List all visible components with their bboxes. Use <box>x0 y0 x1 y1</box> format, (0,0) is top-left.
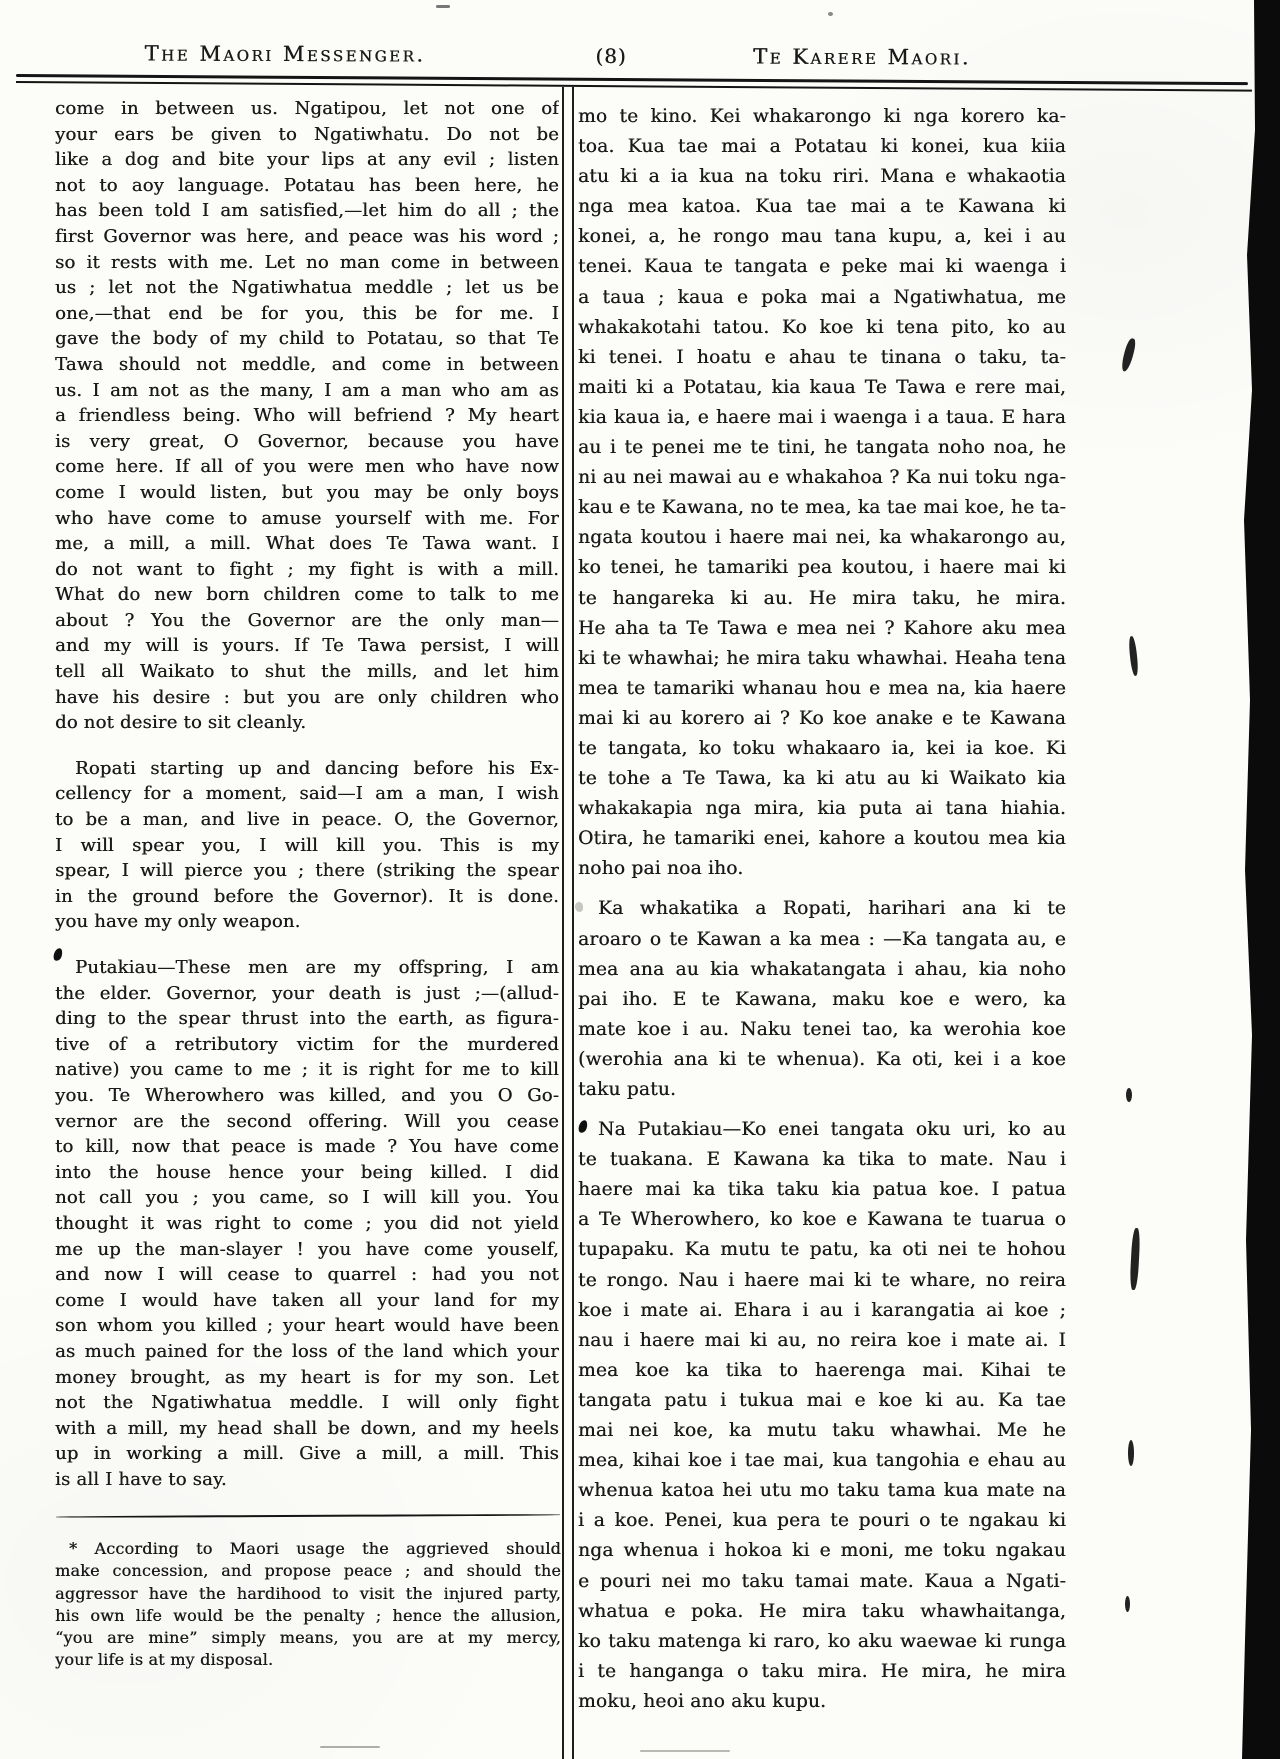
text-line: atu ki a ia kua na toku riri. Mana e wha… <box>578 162 1066 192</box>
text-line: nga mea katoa. Kua tae mai a te Kawana k… <box>578 192 1066 222</box>
text-line: Tawa should not meddle, and come in betw… <box>55 352 559 378</box>
text-line: mo te kino. Kei whakarongo ki nga korero… <box>578 102 1066 132</box>
text-line: and now I will cease to quarrel : had yo… <box>55 1262 559 1288</box>
text-line: whakakotahi tatou. Ko koe ki tena pito, … <box>578 313 1066 343</box>
column-divider-rule <box>562 87 574 1759</box>
page-number: (8) <box>576 44 646 68</box>
footnote: * According to Maori usage the aggrieved… <box>55 1538 561 1672</box>
text-line: toa. Kua tae mai a Potatau ki konei, kua… <box>578 132 1066 162</box>
text-line: come I would listen, but you may be only… <box>55 480 559 506</box>
text-line: tenei. Kaua te tangata e peke mai ki wae… <box>578 252 1066 282</box>
text-line: te tangata, ko toku whakaaro ia, kei ia … <box>578 734 1066 764</box>
text-line: gave the body of my child to Potatau, so… <box>55 326 559 352</box>
text-line: koe i mate ai. Ehara i au i karangatia a… <box>578 1296 1066 1326</box>
text-line: te tuakana. E Kawana ka tika to mate. Na… <box>578 1145 1066 1175</box>
text-line: your life is at my disposal. <box>55 1649 561 1671</box>
text-line: taku patu. <box>578 1075 1066 1105</box>
text-line: tive of a retributory victim for the mur… <box>55 1032 559 1058</box>
text-line: What do new born children come to talk t… <box>55 582 559 608</box>
text-line: first Governor was here, and peace was h… <box>55 224 559 250</box>
left-masthead-title: The Maori Messenger. <box>118 41 452 66</box>
text-line: aggressor have the hardihood to visit th… <box>55 1583 561 1605</box>
text-line: his own life would be the penalty ; henc… <box>55 1605 561 1627</box>
paragraph: Ropati starting up and dancing before hi… <box>55 756 559 935</box>
paragraph: Na Putakiau—Ko enei tangata oku uri, ko … <box>578 1115 1066 1717</box>
text-line: money brought, as my heart is for my son… <box>55 1365 559 1391</box>
ink-smudge <box>1126 1088 1132 1102</box>
ink-smudge <box>436 5 450 8</box>
ink-smudge <box>1128 636 1139 677</box>
text-line: whenua katoa hei utu mo taku tama kua ma… <box>578 1476 1066 1506</box>
text-line: Na Putakiau—Ko enei tangata oku uri, ko … <box>578 1115 1066 1145</box>
text-line: ding to the spear thrust into the earth,… <box>55 1006 559 1032</box>
paragraph: Putakiau—These men are my offspring, I a… <box>55 955 559 1492</box>
text-line: Ka whakatika a Ropati, harihari ana ki t… <box>578 894 1066 924</box>
text-line: ki tenei. I hoatu e ahau te tinana o tak… <box>578 343 1066 373</box>
ink-smudge <box>1129 1228 1140 1290</box>
text-line: to be a man, and live in peace. O, the G… <box>55 807 559 833</box>
ink-smudge <box>640 1750 730 1752</box>
text-line: one,—that end be for you, this be for me… <box>55 301 559 327</box>
text-line: haere mai ka tika taku kia patua koe. I … <box>578 1175 1066 1205</box>
text-line: aroaro o te Kawan a ka mea : —Ka tangata… <box>578 925 1066 955</box>
text-line: and my will is yours. If Te Tawa persist… <box>55 633 559 659</box>
text-line: ko tenei, he tamariki pea koutou, i haer… <box>578 553 1066 583</box>
text-line: up in working a mill. Give a mill, a mil… <box>55 1441 559 1467</box>
text-line: me up the man-slayer ! you have come you… <box>55 1237 559 1263</box>
text-line: He aha ta Te Tawa e mea nei ? Kahore aku… <box>578 614 1066 644</box>
text-line: ki te whawhai; he mira taku whawhai. Hea… <box>578 644 1066 674</box>
text-line: mea ana au kia whakatangata i ahau, kia … <box>578 955 1066 985</box>
text-line: so it rests with me. Let no man come in … <box>55 250 559 276</box>
text-line: native) you came to me ; it is right for… <box>55 1057 559 1083</box>
text-line: maiti ki a Potatau, kia kaua Te Tawa e r… <box>578 373 1066 403</box>
ink-smudge <box>1125 1596 1130 1612</box>
text-line: like a dog and bite your lips at any evi… <box>55 147 559 173</box>
text-line: as much pained for the loss of the land … <box>55 1339 559 1365</box>
text-line: spear, I will pierce you ; there (striki… <box>55 858 559 884</box>
text-line: you. Te Wherowhero was killed, and you O… <box>55 1083 559 1109</box>
footnote-rule <box>56 1514 560 1518</box>
paragraph: come in between us. Ngatipou, let not on… <box>55 96 559 736</box>
faint-mark-icon <box>575 902 583 912</box>
text-line: Putakiau—These men are my offspring, I a… <box>55 955 559 981</box>
text-line: i a koe. Penei, kua pera te pouri o te n… <box>578 1506 1066 1536</box>
text-line: konei, a, he rongo mau tana kupu, a, kei… <box>578 222 1066 252</box>
text-line: make concession, and propose peace ; and… <box>55 1560 561 1582</box>
text-line: is all I have to say. <box>55 1467 559 1493</box>
text-line: mate koe i au. Naku tenei tao, ka werohi… <box>578 1015 1066 1045</box>
text-line: who have come to amuse yourself with me.… <box>55 506 559 532</box>
text-line: in the ground before the Governor). It i… <box>55 884 559 910</box>
text-line: * According to Maori usage the aggrieved… <box>55 1538 561 1560</box>
text-line: mai ki au korero ai ? Ko koe anake e te … <box>578 704 1066 734</box>
text-line: whakakapia nga mira, kia puta ai tana hi… <box>578 794 1066 824</box>
ink-smudge <box>828 12 833 16</box>
text-line: have his desire : but you are only child… <box>55 685 559 711</box>
text-line: a friendless being. Who will befriend ? … <box>55 403 559 429</box>
text-line: mai nei koe, ka mutu taku whawhai. Me he <box>578 1416 1066 1446</box>
text-line: au i te penei me te tini, he tangata noh… <box>578 433 1066 463</box>
text-line: ni au nei mawai au e whakahoa ? Ka nui t… <box>578 463 1066 493</box>
text-line: mea te tamariki whanau hou e mea na, kia… <box>578 674 1066 704</box>
text-line: nga whenua i hokoa ki e moni, me toku ng… <box>578 1536 1066 1566</box>
text-line: us. I am not as the many, I am a man who… <box>55 378 559 404</box>
text-line: e pouri nei mo taku tamai mate. Kaua a N… <box>578 1567 1066 1597</box>
text-line: tupapaku. Ka mutu te patu, ka oti nei te… <box>578 1235 1066 1265</box>
paragraph: Ka whakatika a Ropati, harihari ana ki t… <box>578 894 1066 1105</box>
text-line: your ears be given to Ngatiwhatu. Do not… <box>55 122 559 148</box>
text-line: do not desire to sit cleanly. <box>55 710 559 736</box>
text-line: come in between us. Ngatipou, let not on… <box>55 96 559 122</box>
text-line: us ; let not the Ngatiwhatua meddle ; le… <box>55 275 559 301</box>
text-line: about ? You the Governor are the only ma… <box>55 608 559 634</box>
text-line: not to aoy language. Potatau has been he… <box>55 173 559 199</box>
text-line: come I would have taken all your land fo… <box>55 1288 559 1314</box>
text-line: into the house hence your being killed. … <box>55 1160 559 1186</box>
text-line: (werohia ana ki te whenua). Ka oti, kei … <box>578 1045 1066 1075</box>
text-line: not call you ; you came, so I will kill … <box>55 1185 559 1211</box>
text-line: Otira, he tamariki enei, kahore a koutou… <box>578 824 1066 854</box>
text-line: kia kaua ia, e haere mai i waenga i a ta… <box>578 403 1066 433</box>
text-line: a taua ; kaua e poka mai a Ngatiwhatua, … <box>578 283 1066 313</box>
english-column: come in between us. Ngatipou, let not on… <box>55 96 559 1492</box>
newspaper-page: The Maori Messenger. (8) Te Karere Maori… <box>0 0 1280 1759</box>
text-line: do not want to fight ; my fight is with … <box>55 557 559 583</box>
text-line: come here. If all of you were men who ha… <box>55 454 559 480</box>
text-line: whatua e poka. He mira taku whawhaitanga… <box>578 1597 1066 1627</box>
text-line: is very great, O Governor, because you h… <box>55 429 559 455</box>
text-line: nau i haere mai ki au, no reira koe i ma… <box>578 1326 1066 1356</box>
text-line: moku, heoi ano aku kupu. <box>578 1687 1066 1717</box>
text-line: has been told I am satisfied,—let him do… <box>55 198 559 224</box>
text-line: ngata koutou i haere mai nei, ka whakaro… <box>578 523 1066 553</box>
text-line: thought it was right to come ; you did n… <box>55 1211 559 1237</box>
text-line: kau e te Kawana, no te mea, ka tae mai k… <box>578 493 1066 523</box>
ink-smudge <box>320 1746 380 1748</box>
text-line: not the Ngatiwhatua meddle. I will only … <box>55 1390 559 1416</box>
text-line: I will spear you, I will kill you. This … <box>55 833 559 859</box>
text-line: noho pai noa iho. <box>578 854 1066 884</box>
text-line: tell all Waikato to shut the mills, and … <box>55 659 559 685</box>
text-line: me, a mill, a mill. What does Te Tawa wa… <box>55 531 559 557</box>
text-line: cellency for a moment, said—I am a man, … <box>55 781 559 807</box>
text-line: with a mill, my head shall be down, and … <box>55 1416 559 1442</box>
paragraph: mo te kino. Kei whakarongo ki nga korero… <box>578 102 1066 884</box>
text-line: the elder. Governor, your death is just … <box>55 981 559 1007</box>
text-line: a Te Wherowhero, ko koe e Kawana te tuar… <box>578 1205 1066 1235</box>
ink-smudge <box>1128 1440 1134 1466</box>
paragraph: * According to Maori usage the aggrieved… <box>55 1538 561 1672</box>
text-line: mea, kihai koe i tae mai, kua tangohia e… <box>578 1446 1066 1476</box>
maori-column: mo te kino. Kei whakarongo ki nga korero… <box>578 102 1066 1717</box>
scan-edge-band <box>1242 0 1280 1759</box>
text-line: son whom you killed ; your heart would h… <box>55 1313 559 1339</box>
text-line: pai iho. E te Kawana, maku koe e wero, k… <box>578 985 1066 1015</box>
text-line: Ropati starting up and dancing before hi… <box>55 756 559 782</box>
text-line: “you are mine” simply means, you are at … <box>55 1627 561 1649</box>
text-line: you have my only weapon. <box>55 909 559 935</box>
text-line: ko taku matenga ki raro, ko aku waewae k… <box>578 1627 1066 1657</box>
text-line: mea koe ka tika to haerenga mai. Kihai t… <box>578 1356 1066 1386</box>
text-line: te tohe a Te Tawa, ka ki atu au ki Waika… <box>578 764 1066 794</box>
text-line: vernor are the second offering. Will you… <box>55 1109 559 1135</box>
text-line: to kill, now that peace is made ? You ha… <box>55 1134 559 1160</box>
text-line: i te hanganga o taku mira. He mira, he m… <box>578 1657 1066 1687</box>
text-line: te hangareka ki au. He mira taku, he mir… <box>578 584 1066 614</box>
text-line: te rongo. Nau i haere mai ki te whare, n… <box>578 1266 1066 1296</box>
ink-smudge <box>1120 337 1137 372</box>
text-line: tangata patu i tukua mai e koe ki au. Ka… <box>578 1386 1066 1416</box>
right-masthead-title: Te Karere Maori. <box>712 44 1012 69</box>
